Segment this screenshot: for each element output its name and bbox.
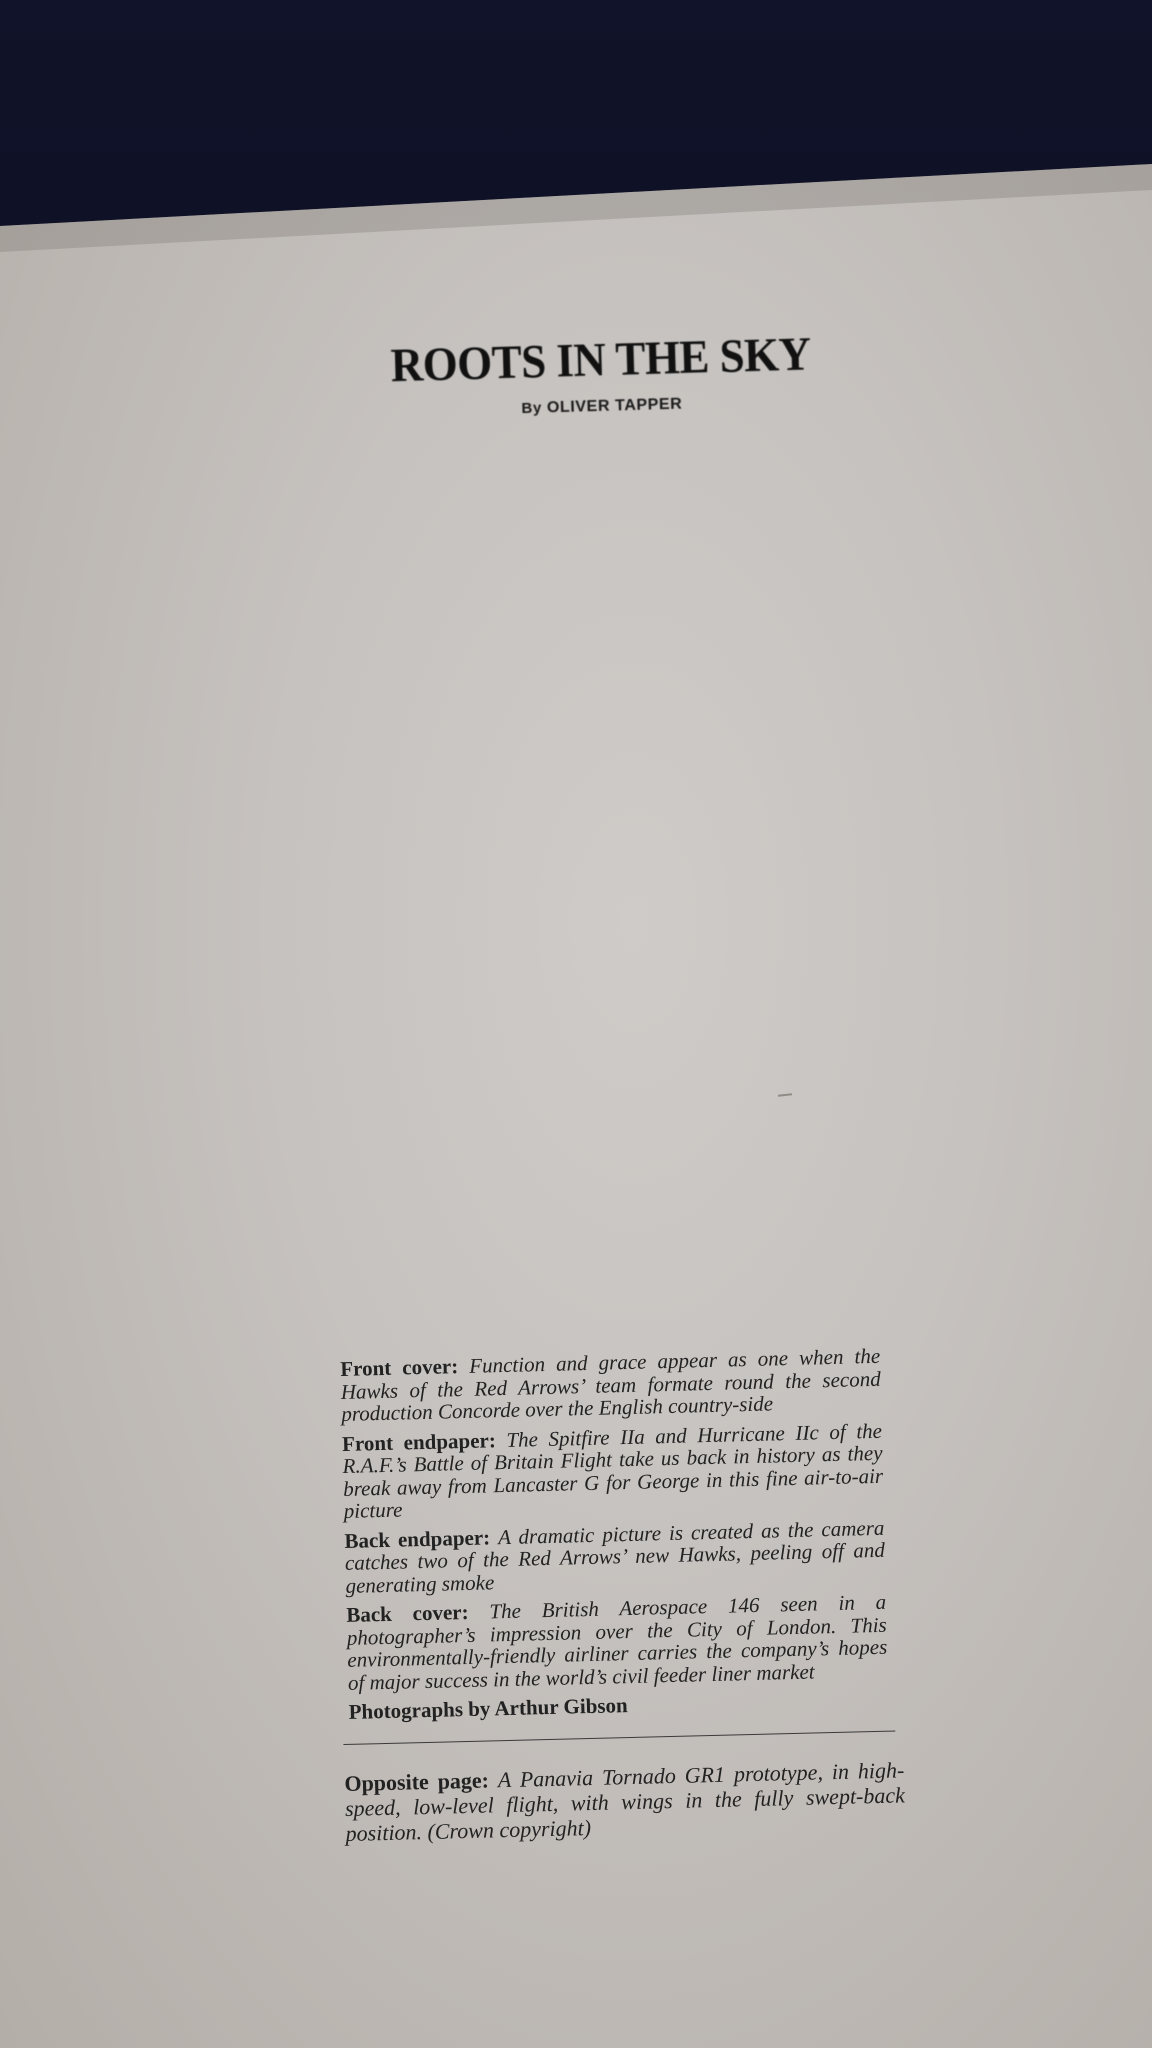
- photo-credit: Photographs by Arthur Gibson: [348, 1688, 888, 1724]
- caption-opposite-page: Opposite page: A Panavia Tornado GR1 pro…: [344, 1757, 906, 1846]
- caption-label: Opposite page:: [344, 1767, 489, 1796]
- caption-front-endpaper: Front endpaper: The Spitfire IIa and Hur…: [342, 1419, 884, 1522]
- captions-block: Front cover: Function and grace appear a…: [340, 1345, 892, 1853]
- caption-back-endpaper: Back endpaper: A dramatic picture is cre…: [344, 1516, 885, 1597]
- book-title: ROOTS IN THE SKY: [380, 326, 821, 393]
- divider-rule: [343, 1730, 895, 1744]
- caption-front-cover: Front cover: Function and grace appear a…: [340, 1345, 881, 1426]
- title-block: ROOTS IN THE SKY By OLIVER TAPPER: [380, 328, 822, 422]
- author-name: OLIVER TAPPER: [547, 396, 683, 417]
- caption-back-cover: Back cover: The British Aerospace 146 se…: [346, 1591, 888, 1694]
- photo-scene: ROOTS IN THE SKY By OLIVER TAPPER Front …: [0, 0, 1152, 2048]
- byline-prefix: By: [521, 400, 542, 418]
